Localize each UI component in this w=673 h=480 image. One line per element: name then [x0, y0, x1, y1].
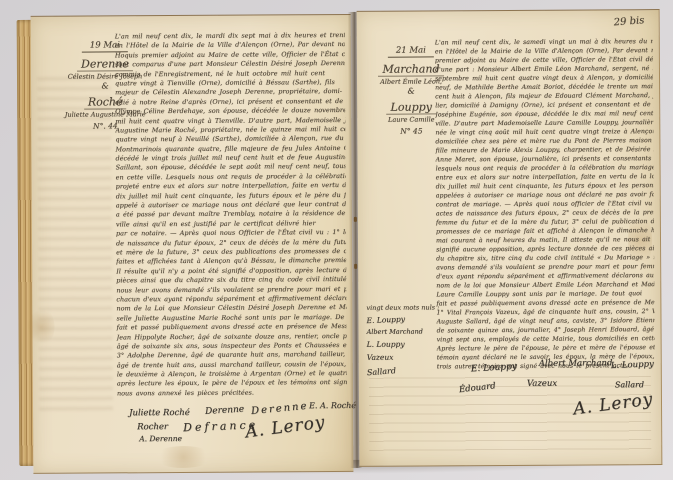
- binding-stitch: [354, 217, 357, 222]
- signature: Vazeux: [527, 379, 557, 389]
- margin-correction-note: vingt deux mots nuls : E. Louppy Albert …: [366, 303, 436, 378]
- paper-stain: [153, 446, 213, 468]
- signature: E. Louppy: [366, 313, 436, 325]
- signature: Sallard: [615, 380, 644, 389]
- signature: Albert Marchand: [367, 327, 437, 335]
- handwritten-line: nous avons annexé les pièces précitées.: [117, 388, 347, 399]
- binding-stitch: [354, 264, 357, 269]
- act-date: 21 Mai: [388, 45, 434, 57]
- signature: L. Louppy: [611, 359, 654, 371]
- signature: L. Louppy: [367, 339, 437, 348]
- register-book-spread: 19 Mai Derenne Célestin Désiré Joseph & …: [17, 6, 668, 474]
- signature: Sallard: [367, 363, 437, 377]
- signature: Albert Marchand: [539, 358, 613, 368]
- left-page: 19 Mai Derenne Célestin Désiré Joseph & …: [31, 14, 354, 474]
- signature: Juliette Roché: [129, 408, 190, 418]
- bride-surname: Louppy: [386, 100, 435, 114]
- signature: Rocher: [137, 422, 168, 432]
- correction-text: vingt deux mots nuls :: [366, 303, 436, 311]
- groom-surname: Marchand: [378, 62, 443, 76]
- scanned-register-photo: 19 Mai Derenne Célestin Désiré Joseph & …: [0, 0, 673, 480]
- signature: A. Derenne: [139, 434, 182, 443]
- act-body-text-left: L'an mil neuf cent dix, le mardi dix sep…: [115, 31, 347, 399]
- signature: Vazeux: [367, 352, 437, 361]
- signature: Derenne: [205, 405, 245, 417]
- paper-stain: [28, 307, 54, 347]
- act-body-text-right: L'an mil neuf cent dix, le samedi vingt …: [435, 38, 655, 372]
- signature-officer: A. Leroy: [244, 412, 326, 442]
- page-number: 29 bis: [614, 15, 645, 28]
- signature: E. A. Roché: [309, 401, 356, 410]
- right-page: 29 bis 21 Mai Marchand Albert Émile Léon…: [357, 9, 663, 467]
